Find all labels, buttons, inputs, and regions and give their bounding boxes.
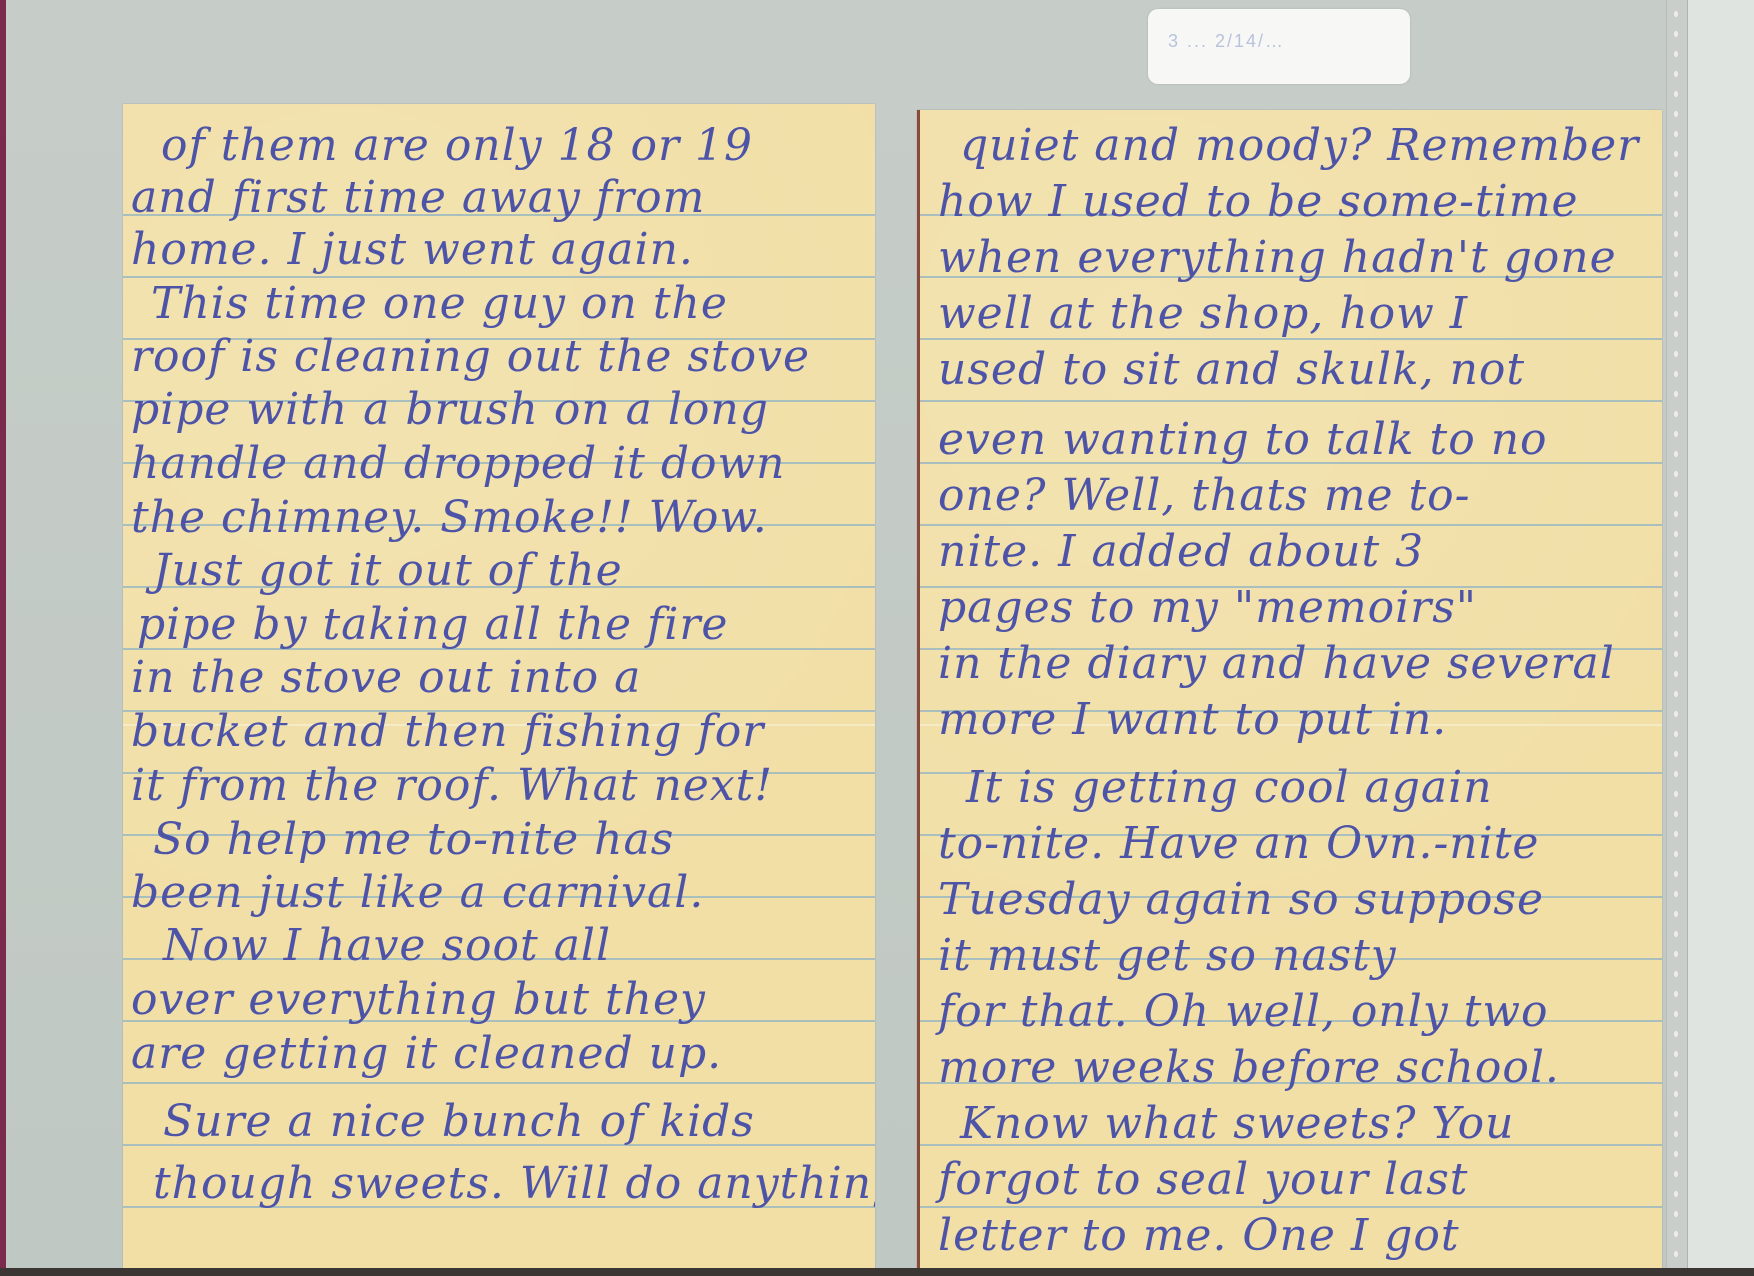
handwritten-line: It is getting cool again <box>920 758 1662 818</box>
handwritten-line: used to sit and skulk, not <box>920 340 1662 400</box>
handwritten-line: Now I have soot all <box>123 916 875 976</box>
handwritten-line: forgot to seal your last <box>920 1150 1662 1210</box>
handwritten-line: to-nite. Have an Ovn.-nite <box>920 814 1662 874</box>
letter-page-right: quiet and moody? Remember how I used to … <box>917 110 1662 1270</box>
handwritten-line: more I want to put in. <box>920 690 1662 750</box>
handwritten-line: it must get so nasty <box>920 926 1662 986</box>
handwritten-line: quiet and moody? Remember <box>920 116 1662 176</box>
handwritten-line: though sweets. Will do anything <box>123 1154 875 1214</box>
sticker-label-text: 3 ... 2/14/… <box>1168 31 1285 52</box>
handwritten-line: pages to my "memoirs" <box>920 578 1662 638</box>
handwritten-line: when everything hadn't gone <box>920 228 1662 288</box>
archive-label-sticker: 3 ... 2/14/… <box>1148 9 1410 84</box>
handwritten-line: been just like a carnival. <box>123 863 875 923</box>
handwritten-line: are getting it cleaned up. <box>123 1024 875 1084</box>
handwritten-line: roof is cleaning out the stove <box>123 327 875 387</box>
handwritten-line: pipe by taking all the fire <box>123 595 875 655</box>
scan-left-edge <box>0 0 6 1276</box>
handwritten-line: one? Well, thats me to- <box>920 466 1662 526</box>
handwritten-line: So help me to-nite has <box>123 810 875 870</box>
handwritten-line: more weeks before school. <box>920 1038 1662 1098</box>
handwritten-line: home. I just went again. <box>123 220 875 280</box>
scan-bottom-edge <box>0 1268 1754 1276</box>
handwritten-line: even wanting to talk to no <box>920 410 1662 470</box>
handwritten-line: This time one guy on the <box>123 274 875 334</box>
handwritten-line: Sure a nice bunch of kids <box>123 1092 875 1152</box>
handwritten-line: and first time away from <box>123 168 875 228</box>
handwritten-line: Know what sweets? You <box>920 1094 1662 1154</box>
handwritten-line: nite. I added about 3 <box>920 522 1662 582</box>
handwritten-line: Just got it out of the <box>123 541 875 601</box>
handwritten-line: in the diary and have several <box>920 634 1662 694</box>
handwritten-line: it from the roof. What next! <box>123 756 875 816</box>
handwritten-line: well at the shop, how I <box>920 284 1662 344</box>
sleeve-perforations <box>1672 8 1680 1268</box>
handwritten-line: bucket and then fishing for <box>123 702 875 762</box>
handwritten-line: of them are only 18 or 19 <box>123 116 875 176</box>
handwritten-line: for that. Oh well, only two <box>920 982 1662 1042</box>
handwritten-line: the chimney. Smoke!! Wow. <box>123 488 875 548</box>
letter-page-left: of them are only 18 or 19 and first time… <box>123 104 875 1270</box>
handwritten-line: in the stove out into a <box>123 648 875 708</box>
handwritten-line: letter to me. One I got <box>920 1206 1662 1266</box>
handwritten-line: pipe with a brush on a long <box>123 380 875 440</box>
handwritten-line: handle and dropped it down <box>123 434 875 494</box>
handwritten-line: Tuesday again so suppose <box>920 870 1662 930</box>
handwritten-line: how I used to be some-time <box>920 172 1662 232</box>
handwritten-line: over everything but they <box>123 970 875 1030</box>
